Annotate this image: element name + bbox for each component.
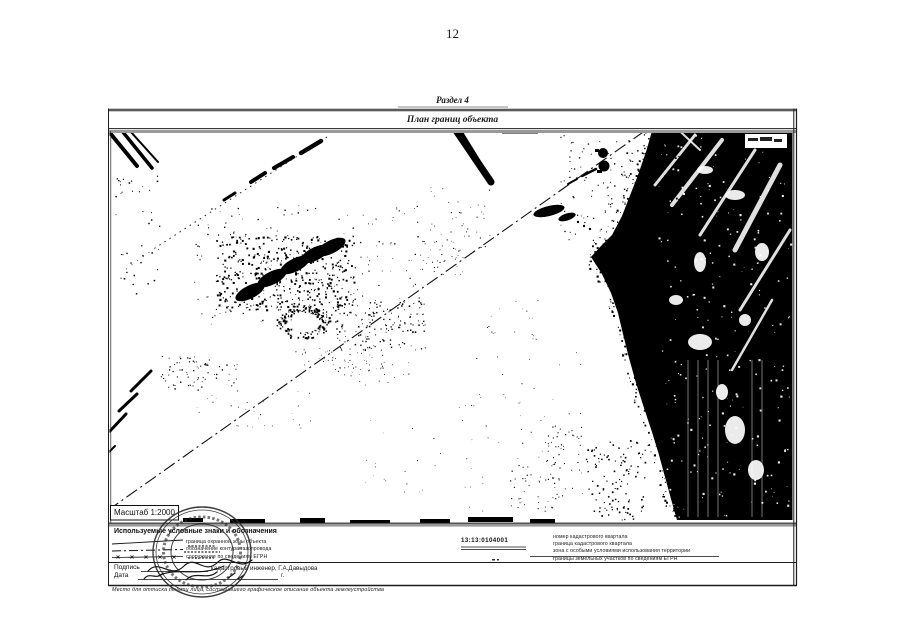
legend-header: Используемые условные знаки и обозначени… [114,528,277,535]
date-label: Дата [114,572,128,579]
signature-label: Подпись [114,564,140,571]
document-page: 12 Раздел 4 План границ объекта Масштаб … [0,0,905,640]
page-number: 12 [0,26,905,42]
scale-label: Масштаб 1:2000 [114,508,175,517]
legend-item-label: граница охранной зоны объекта [186,539,266,545]
cadastral-quarter-number: 13:13:0104001 [461,537,508,544]
legend-item-label: обозначение контура газопровода [186,546,272,552]
footer-note: Место для оттиска печати лица, составивш… [112,587,384,593]
legend-right-item: граница кадастрового квартала [553,541,632,547]
legend-right-item: номер кадастрового квартала [553,534,628,540]
date-suffix: г. [281,573,284,579]
legend-right-item: границы земельных участков по сведениям … [553,556,678,562]
signer-name: кадастровый инженер, Г.А.Давыдова [211,565,317,572]
section-heading: Раздел 4 [108,95,797,105]
legend-right-item: зона с особыми условиями использования т… [553,548,690,554]
legend-item-label: сооружение по сведениям ЕГРН [186,554,267,560]
plan-title: План границ объекта [108,115,797,125]
